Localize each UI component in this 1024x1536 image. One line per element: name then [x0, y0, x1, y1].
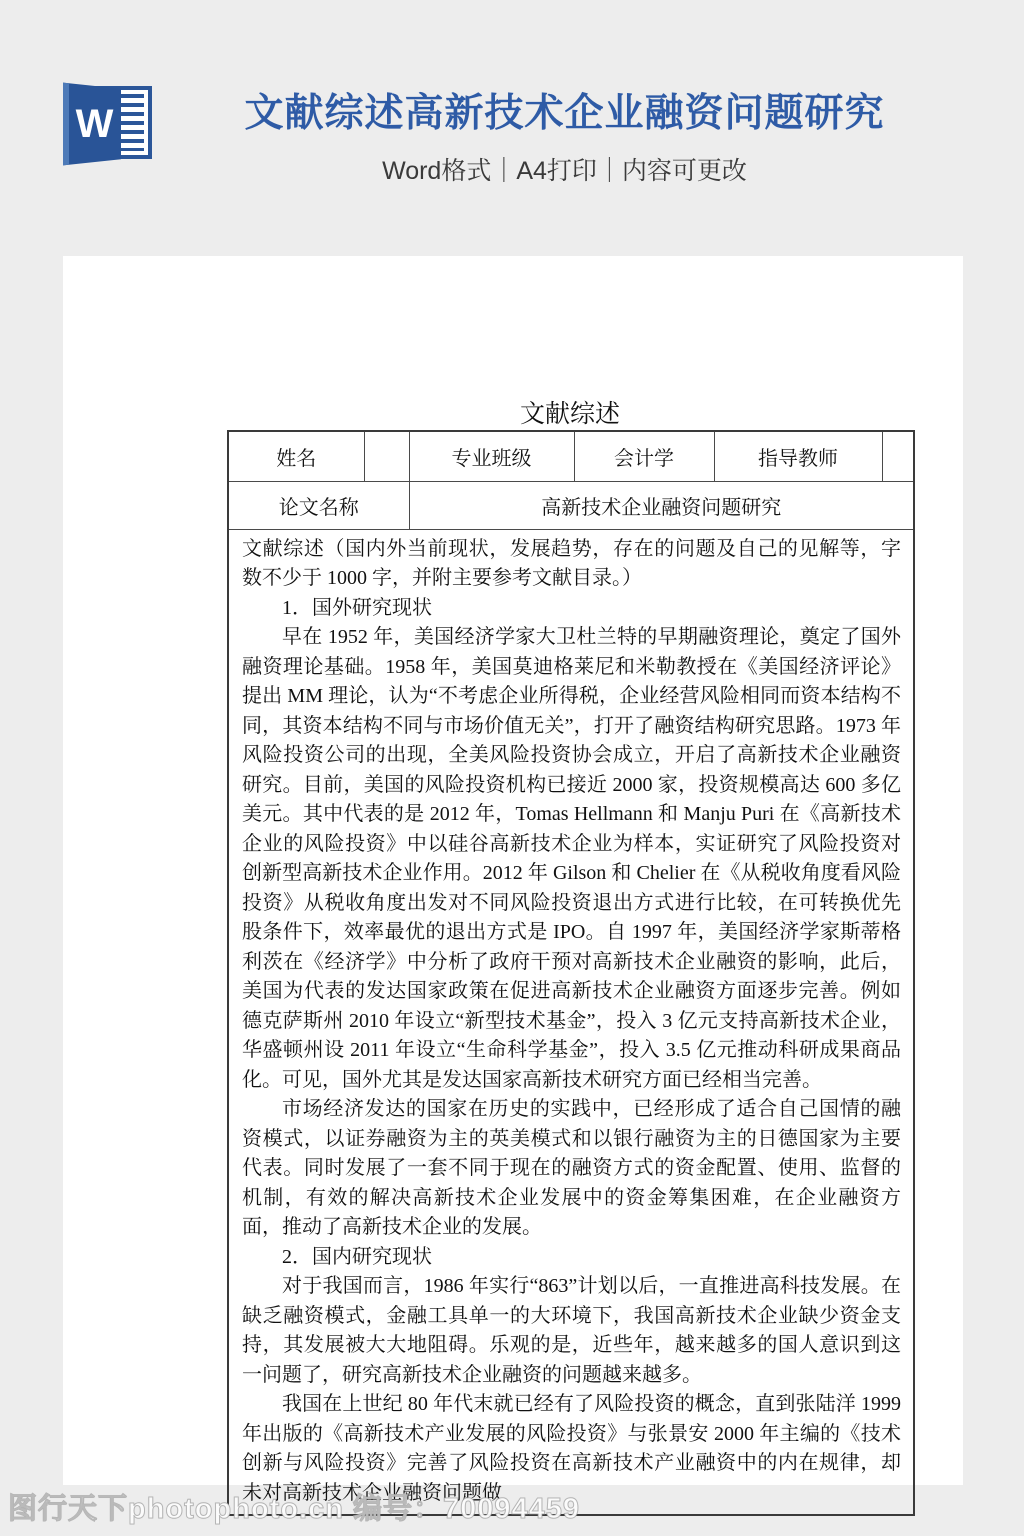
word-w-letter: W: [63, 80, 121, 168]
info-table-row-body: 文献综述（国内外当前现状，发展趋势，存在的问题及自己的见解等，字数不少于 100…: [228, 529, 914, 1515]
document-title: 文献综述: [227, 394, 913, 430]
cell-thesis-title: 高新技术企业融资问题研究: [409, 481, 914, 529]
body-paragraph: 市场经济发达的国家在历史的实践中，已经形成了适合自己国情的融资模式，以证券融资为…: [242, 1095, 901, 1243]
body-paragraph: 对于我国而言，1986 年实行“863”计划以后，一直推进高科技发展。在缺乏融资…: [242, 1272, 901, 1390]
preview-header: W 文献综述高新技术企业融资问题研究 Word格式｜A4打印｜内容可更改: [0, 0, 1024, 256]
cell-major-value: 会计学: [574, 431, 714, 481]
literature-review-body: 文献综述（国内外当前现状，发展趋势，存在的问题及自己的见解等，字数不少于 100…: [228, 529, 914, 1515]
cell-name-value: [364, 431, 409, 481]
document-page: 文献综述 姓名 专业班级 会计学 指导教师 论文名称 高新技术企业融资问题研究 …: [63, 256, 963, 1485]
page-title: 文献综述高新技术企业融资问题研究: [160, 90, 969, 138]
cell-advisor-label: 指导教师: [714, 431, 882, 481]
info-table-row-2: 论文名称 高新技术企业融资问题研究: [228, 481, 914, 529]
cell-advisor-value: [882, 431, 914, 481]
body-paragraph: 文献综述（国内外当前现状，发展趋势，存在的问题及自己的见解等，字数不少于 100…: [242, 535, 901, 594]
cell-major-label: 专业班级: [409, 431, 574, 481]
body-paragraph: 1．国外研究现状: [242, 594, 901, 624]
word-logo-icon: W: [63, 80, 153, 168]
info-table: 姓名 专业班级 会计学 指导教师 论文名称 高新技术企业融资问题研究 文献综述（…: [227, 430, 915, 1516]
body-paragraph: 2．国内研究现状: [242, 1243, 901, 1273]
cell-thesis-label: 论文名称: [228, 481, 409, 529]
page-subtitle: Word格式｜A4打印｜内容可更改: [160, 151, 969, 187]
body-paragraph: 早在 1952 年，美国经济学家大卫杜兰特的早期融资理论，奠定了国外融资理论基础…: [242, 623, 901, 1095]
cell-name-label: 姓名: [228, 431, 364, 481]
info-table-row-1: 姓名 专业班级 会计学 指导教师: [228, 431, 914, 481]
header-text-block: 文献综述高新技术企业融资问题研究 Word格式｜A4打印｜内容可更改: [160, 90, 969, 187]
site-watermark: 图行天下photophoto.cn 编号：70094459: [8, 1486, 580, 1527]
